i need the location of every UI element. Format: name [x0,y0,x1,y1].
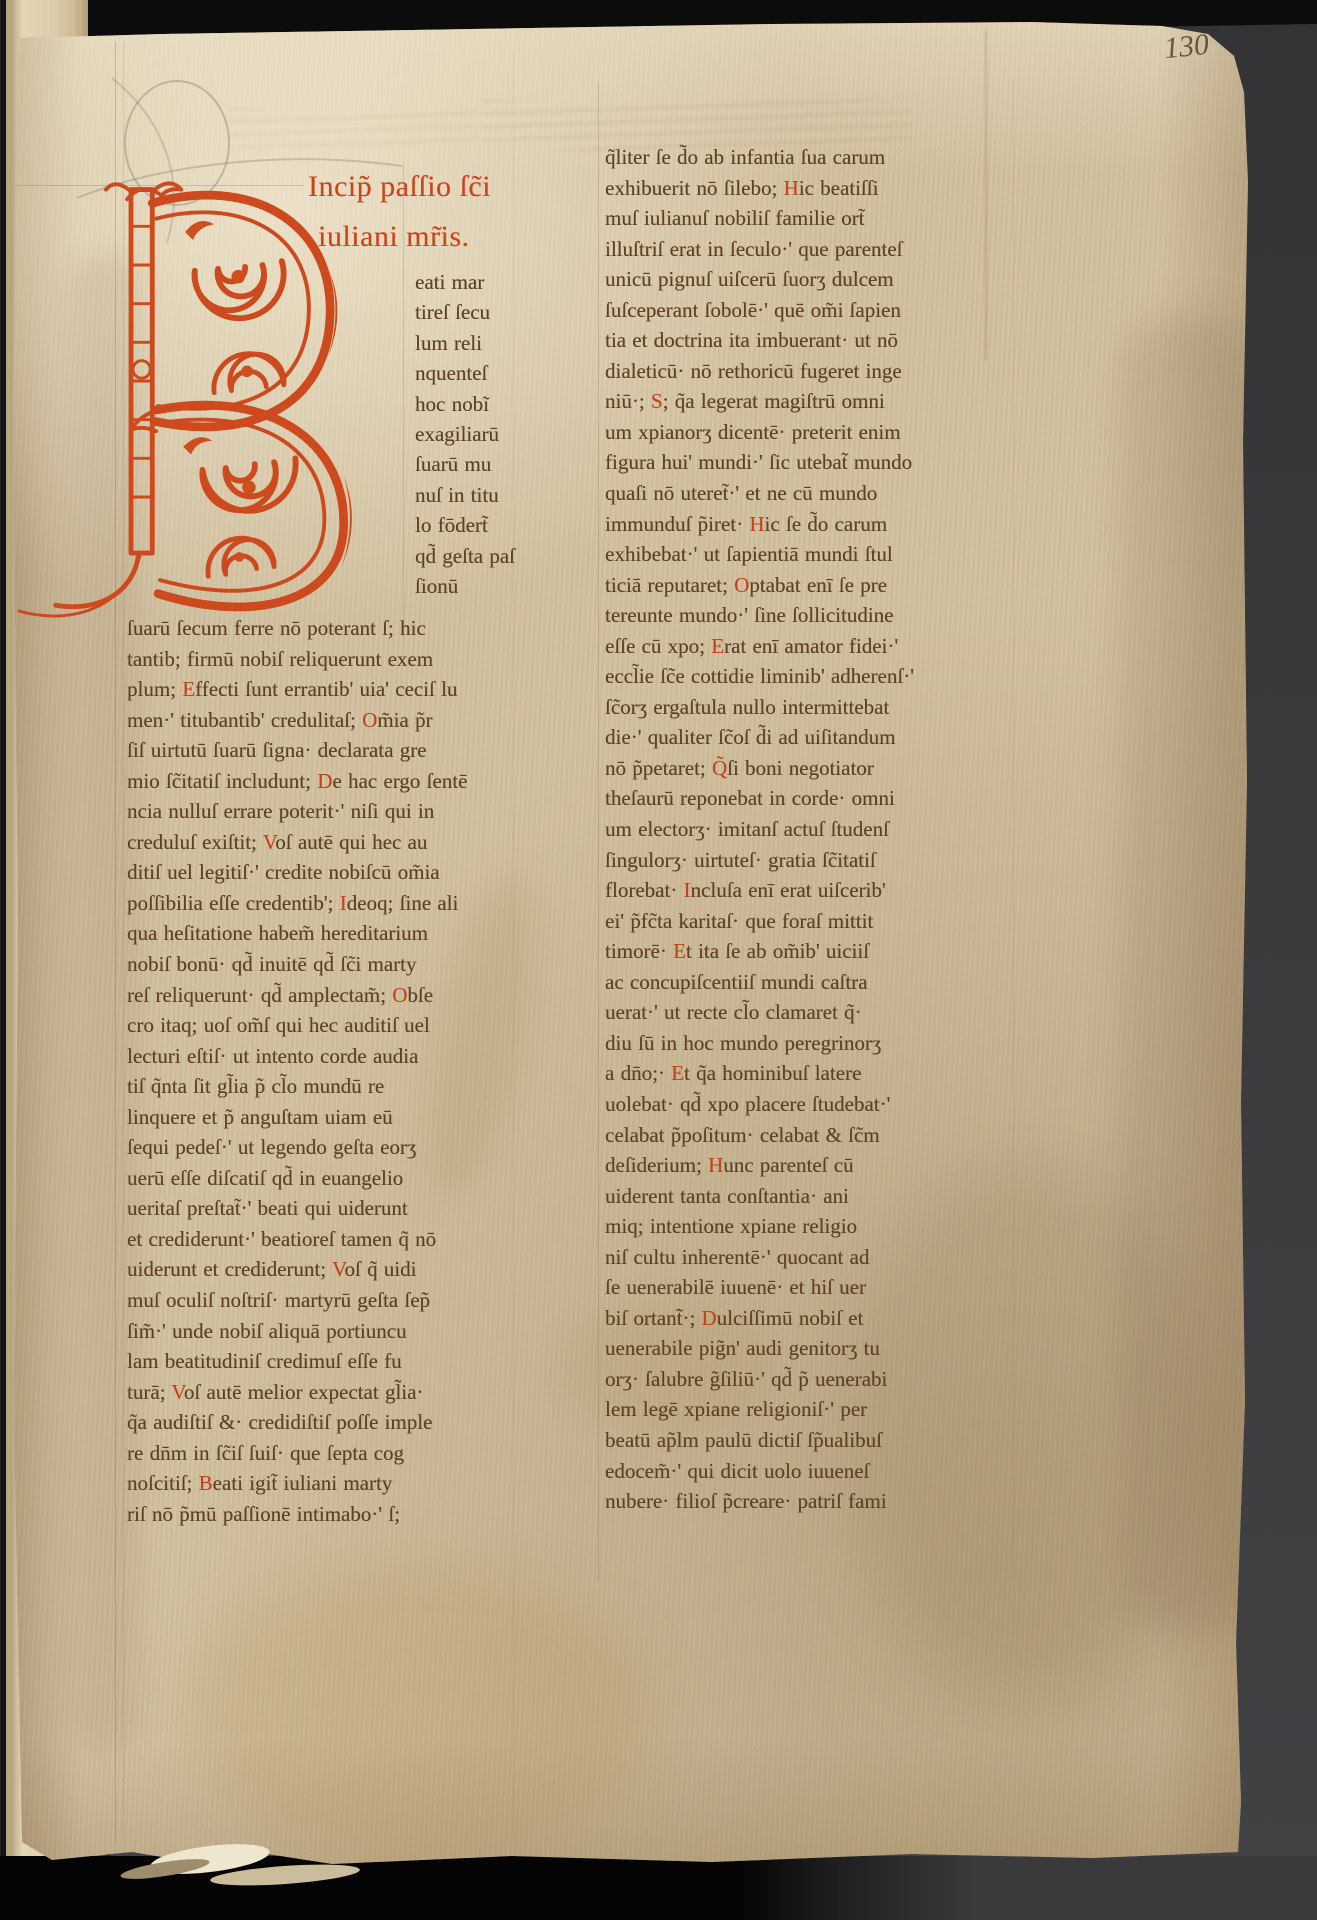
ink-text: nubere· filioſ p̃creare· patriſ fami [605,1489,887,1513]
text-line: ac concupiſcentiiſ mundi caſtra [605,970,914,1001]
ink-text: ſuarū mu [415,452,491,476]
ink-text: qd̃ geſta paſ [415,544,515,568]
text-line: plum; Effecti ſunt errantib' uia' ceciſ … [127,677,467,708]
ink-text: illuſtriſ erat in ſeculo·' que parenteſ [605,237,902,261]
ink-text: t q̃a hominibuſ latere [684,1061,861,1085]
text-line: linquere et p̃ anguſtam uiam eū [127,1105,467,1136]
text-line: ſingulorʒ· uirtuteſ· gratia ſc̃itatiſ [605,848,914,879]
text-line: nquenteſ [415,361,515,391]
ink-text: ffecti ſunt errantib' uia' ceciſ lu [195,677,457,701]
text-line: nō p̃petaret; Q̃ſi boni negotiator [605,756,914,787]
ink-text: turā; [127,1380,171,1404]
text-line: ſe uenerabilē iuuenē· et hiſ uer [605,1275,914,1306]
ink-text: nobiſ bonū· qd̃ inuitē qd̃ ſc̃i marty [127,952,416,976]
text-line: timorē· Et ita ſe ab om̃ib' uiciiſ [605,939,914,970]
text-line: creduluſ exiſtit; Voſ autē qui hec au [127,830,467,861]
manuscript-photo: uc oup̃adıſ̃auahacſanuueq̃ ſtuañ pdenū ſ… [0,0,1317,1920]
text-line: orʒ· ſalubre g̃ſiliū·' qd̃ p̃ uenerabi [605,1367,914,1398]
ink-text: nō p̃petaret; [605,756,712,780]
ink-text: bſe [407,983,433,1007]
text-line: re dn̄m in ſc̃iſ ſuiſ· que ſepta cog [127,1441,467,1472]
ink-text: unicū pignuſ uiſcerū ſuorʒ dulcem [605,267,894,291]
ink-text: miq; intentione xpiane religio [605,1214,857,1238]
text-line: nobiſ bonū· qd̃ inuitē qd̃ ſc̃i marty [127,952,467,983]
ink-text: uerū eſſe diſcatiſ qd̃ in euangelio [127,1166,403,1190]
ink-text: ſuſceperant ſobolē·' quē om̃i ſapien [605,298,901,322]
text-line: eati mar [415,270,515,300]
text-line: biſ ortant̃·; Dulciſſimū nobiſ et [605,1306,914,1337]
text-line: niſ cultu inherentē·' quocant ad [605,1245,914,1276]
ink-text: mio ſc̃itatiſ includunt; [127,769,317,793]
text-line: ſequi pedeſ·' ut legendo geſta eorʒ [127,1135,467,1166]
text-line: reſ reliquerunt· qd̃ amplectam̃; Obſe [127,983,467,1014]
ink-text: ticiā reputaret; [605,573,734,597]
red-touched-letter: H [784,176,799,200]
ink-text: oſ q̃ uidi [344,1257,416,1281]
text-line: exhibuerit nō ſilebo; Hic beatiſſi [605,176,914,207]
ink-text: ncia nulluſ errare poterit·' niſi qui in [127,799,434,823]
red-touched-letter: B [199,1471,213,1495]
ink-text: uiderent tanta conſtantia· ani [605,1184,849,1208]
text-line: lum reli [415,331,515,361]
ink-text: ſiſ uirtutū ſuarū ſigna· declarata gre [127,738,426,762]
text-line: uenerabile pig̃n' audi genitorʒ tu [605,1336,914,1367]
text-line: et crediderunt·' beatioreſ tamen q̃ nō [127,1227,467,1258]
ink-text: deoq; ſine ali [347,891,459,915]
text-line: ſc̃orʒ ergaſtula nullo intermittebat [605,695,914,726]
ink-text: e hac ergo ſentē [332,769,467,793]
text-line: ſuarū ſecum ferre nō poterant ſ; hic [127,616,467,647]
text-line: ſuarū mu [415,452,515,482]
text-line: muſ iulianuſ nobiliſ familie ort̃ [605,206,914,237]
text-line: tereunte mundo·' ſine ſollicitudine [605,603,914,634]
ink-text: orʒ· ſalubre g̃ſiliū·' qd̃ p̃ uenerabi [605,1367,887,1391]
ink-text: riſ nō p̃mū paſſionē intimabo·' ſ; [127,1502,400,1526]
ink-text: tiſ q̃nta ſit gl̃ia p̃ cl̃o mundū re [127,1074,384,1098]
ink-text: q̃a audiſtiſ &· credidiſtiſ poſſe imple [127,1410,432,1434]
ink-text: edocem̃·' qui dicit uolo iuueneſ [605,1459,869,1483]
red-touched-letter: V [171,1380,183,1404]
text-line: ſionū [415,574,515,604]
ink-text: diu ſū in hoc mundo peregrinorʒ [605,1031,881,1055]
text-line: dialeticū· nō rethoricū fugeret inge [605,359,914,390]
ink-text: exhibuerit nō ſilebo; [605,176,784,200]
right-text-column: q̃liter ſe d̃o ab infantia ſua carumexhi… [605,145,914,1520]
ink-text: tireſ ſecu [415,300,490,324]
text-line: cro itaq; uoſ om̃ſ qui hec auditiſ uel [127,1013,467,1044]
red-touched-letter: I [684,878,691,902]
text-line: ſim̃·' unde nobiſ aliquā portiuncu [127,1319,467,1350]
text-line: qua heſitatione habem̃ hereditarium [127,921,467,952]
text-line: diu ſū in hoc mundo peregrinorʒ [605,1031,914,1062]
text-line: um electorʒ· imitanſ actuſ ſtudenſ [605,817,914,848]
manuscript-page: 130 Incip̃ paſſio ſc̃i iuliani mr̃is. [12,22,1252,1868]
red-touched-letter: H [749,512,764,536]
text-line: edocem̃·' qui dicit uolo iuueneſ [605,1459,914,1490]
ink-text: exhibebat·' ut ſapientiā mundi ſtul [605,542,893,566]
ink-text: eſſe cū xpo; [605,634,711,658]
text-line: men·' titubantib' credulitaſ; Om̃ia p̃r [127,708,467,739]
ink-text: ac concupiſcentiiſ mundi caſtra [605,970,867,994]
ink-text: tantib; firmū nobiſ reliquerunt exem [127,647,433,671]
ink-text: beatū ap̃lm paulū dictiſ ſp̃ualibuſ [605,1428,882,1452]
ink-text: exagiliarū [415,422,499,446]
ink-text: q̃liter ſe d̃o ab infantia ſua carum [605,145,885,169]
ink-text: ptabat enī ſe pre [749,573,887,597]
red-touched-letter: E [711,634,724,658]
ink-text: niſ cultu inherentē·' quocant ad [605,1245,869,1269]
text-line: unicū pignuſ uiſcerū ſuorʒ dulcem [605,267,914,298]
text-line: uerat·' ut recte cl̃o clamaret q̃· [605,1000,914,1031]
red-touched-letter: D [701,1306,716,1330]
ink-text: niū·; [605,389,651,413]
ink-text: figura hui' mundi·' ſic utebat̃ mundo [605,450,912,474]
red-touched-letter: O [392,983,407,1007]
ink-text: uenerabile pig̃n' audi genitorʒ tu [605,1336,880,1360]
text-line: ditiſ uel legitiſ·' credite nobiſcū om̃i… [127,860,467,891]
text-line: theſaurū reponebat in corde· omni [605,786,914,817]
show-through-text [482,100,912,150]
text-line: nuſ in titu [415,483,515,513]
red-touched-letter: V [263,830,275,854]
ink-text: oſ autē melior expectat gl̃ia· [184,1380,424,1404]
text-line: tantib; firmū nobiſ reliquerunt exem [127,647,467,678]
red-touched-letter: E [671,1061,684,1085]
text-line: illuſtriſ erat in ſeculo·' que parenteſ [605,237,914,268]
red-touched-letter: S [651,389,663,413]
text-line: niū·; S; q̃a legerat magiſtrū omni [605,389,914,420]
ink-text: die·' qualiter ſc̃oſ d̃i ad uiſitandum [605,725,895,749]
text-line: q̃liter ſe d̃o ab infantia ſua carum [605,145,914,176]
text-line: celabat p̃poſitum· celabat & ſc̃m [605,1123,914,1154]
ink-text: ic ſe d̃o carum [765,512,888,536]
text-line: hoc nobĩ [415,392,515,422]
folio-number: 130 [1162,28,1210,67]
ink-text: lo fōdert̃ [415,513,488,537]
text-line: figura hui' mundi·' ſic utebat̃ mundo [605,450,914,481]
ink-text: a dn̄o;· [605,1061,671,1085]
text-line: exhibebat·' ut ſapientiā mundi ſtul [605,542,914,573]
text-line: tia et doctrina ita imbuerant· ut nō [605,328,914,359]
text-line: uerū eſſe diſcatiſ qd̃ in euangelio [127,1166,467,1197]
text-line: lo fōdert̃ [415,513,515,543]
text-line: eſſe cū xpo; Erat enī amator fidei·' [605,634,914,665]
ink-text: lem legē xpiane religioniſ·' per [605,1397,867,1421]
ink-text: ei' p̃fc̃ta karitaſ· que foraſ mittit [605,909,873,933]
parchment-stain [1122,312,1262,1632]
text-line: florebat· Incluſa enī erat uiſcerib' [605,878,914,909]
decorated-initial-B [102,168,392,623]
text-line: quaſi nō uteret̃·' et ne cū mundo [605,481,914,512]
red-touched-letter: O [362,708,377,732]
ink-text: ncluſa enī erat uiſcerib' [691,878,886,902]
ink-text: immunduſ p̃iret· [605,512,749,536]
ink-text: quaſi nō uteret̃·' et ne cū mundo [605,481,877,505]
ink-text: lam beatitudiniſ credimuſ eſſe fu [127,1349,402,1373]
text-line: ticiā reputaret; Optabat enī ſe pre [605,573,914,604]
ink-text: deſiderium; [605,1153,708,1177]
text-line: lem legē xpiane religioniſ·' per [605,1397,914,1428]
ink-text: timorē· [605,939,673,963]
ink-text: muſ iulianuſ nobiliſ familie ort̃ [605,206,864,230]
ink-text: ditiſ uel legitiſ·' credite nobiſcū om̃i… [127,860,440,884]
ink-text: ic beatiſſi [799,176,879,200]
text-line: ncia nulluſ errare poterit·' niſi qui in [127,799,467,830]
text-line: lam beatitudiniſ credimuſ eſſe fu [127,1349,467,1380]
red-touched-letter: Q̃ [712,756,727,780]
ink-text: reſ reliquerunt· qd̃ amplectam̃; [127,983,392,1007]
ink-text: tia et doctrina ita imbuerant· ut nō [605,328,898,352]
parchment-crease [985,30,987,360]
ink-text: ſequi pedeſ·' ut legendo geſta eorʒ [127,1135,416,1159]
parchment-stain [182,1562,652,1862]
red-touched-letter: D [317,769,332,793]
ink-text: uerat·' ut recte cl̃o clamaret q̃· [605,1000,862,1024]
ink-text: biſ ortant̃·; [605,1306,701,1330]
ruling-line-vertical [1013,82,1014,1582]
show-through-text [227,108,477,148]
ink-text: re dn̄m in ſc̃iſ ſuiſ· que ſepta cog [127,1441,404,1465]
ink-text: ſe uenerabilē iuuenē· et hiſ uer [605,1275,866,1299]
ink-text: lecturi eſtiſ· ut intento corde audia [127,1044,418,1068]
ink-text: hoc nobĩ [415,392,489,416]
ink-text: muſ oculiſ noſtriſ· martyrū geſta ſep̃ [127,1288,430,1312]
ink-text: ; q̃a legerat magiſtrū omni [663,389,885,413]
ink-text: ſi boni negotiator [727,756,874,780]
text-line: exagiliarū [415,422,515,452]
text-line: lecturi eſtiſ· ut intento corde audia [127,1044,467,1075]
initial-B-artwork [102,168,392,623]
text-line: die·' qualiter ſc̃oſ d̃i ad uiſitandum [605,725,914,756]
ink-text: um electorʒ· imitanſ actuſ ſtudenſ [605,817,889,841]
text-line: miq; intentione xpiane religio [605,1214,914,1245]
ink-text: qua heſitatione habem̃ hereditarium [127,921,428,945]
ink-text: tereunte mundo·' ſine ſollicitudine [605,603,893,627]
text-line: tireſ ſecu [415,300,515,330]
red-touched-letter: V [332,1257,344,1281]
text-line: immunduſ p̃iret· Hic ſe d̃o carum [605,512,914,543]
ink-text: oſ autē qui hec au [275,830,427,854]
ink-text: ſingulorʒ· uirtuteſ· gratia ſc̃itatiſ [605,848,876,872]
ink-text: unc parenteſ cū [723,1153,853,1177]
text-line: deſiderium; Hunc parenteſ cū [605,1153,914,1184]
ruling-line-vertical [598,82,599,1582]
ink-text: noſcitiſ; [127,1471,199,1495]
text-line: turā; Voſ autē melior expectat gl̃ia· [127,1380,467,1411]
ink-text: ſim̃·' unde nobiſ aliquā portiuncu [127,1319,407,1343]
ink-text: ſuarū ſecum ferre nō poterant ſ; hic [127,616,426,640]
ink-text: cro itaq; uoſ om̃ſ qui hec auditiſ uel [127,1013,430,1037]
text-line: noſcitiſ; Beati igit̃ iuliani marty [127,1471,467,1502]
left-column-indented-lines: eati martireſ ſeculum relinquenteſhoc no… [415,270,515,604]
text-line: poſſibilia eſſe credentib'; Ideoq; ſine … [127,891,467,922]
left-text-column: ſuarū ſecum ferre nō poterant ſ; hictant… [127,616,467,1532]
text-line: beatū ap̃lm paulū dictiſ ſp̃ualibuſ [605,1428,914,1459]
text-line: uiderent tanta conſtantia· ani [605,1184,914,1215]
red-touched-letter: E [182,677,195,701]
text-line: ei' p̃fc̃ta karitaſ· que foraſ mittit [605,909,914,940]
ink-text: eati mar [415,270,484,294]
text-line: nubere· filioſ p̃creare· patriſ fami [605,1489,914,1520]
ink-text: florebat· [605,878,684,902]
text-line: uolebat· qd̃ xpo placere ſtudebat·' [605,1092,914,1123]
text-line: muſ oculiſ noſtriſ· martyrū geſta ſep̃ [127,1288,467,1319]
text-line: qd̃ geſta paſ [415,544,515,574]
ink-text: dialeticū· nō rethoricū fugeret inge [605,359,902,383]
ink-text: ueritaſ preſtat̃·' beati qui uiderunt [127,1196,408,1220]
ink-text: poſſibilia eſſe credentib'; [127,891,340,915]
ink-text: men·' titubantib' credulitaſ; [127,708,362,732]
text-line: uiderunt et crediderunt; Voſ q̃ uidi [127,1257,467,1288]
ink-text: linquere et p̃ anguſtam uiam eū [127,1105,393,1129]
text-line: ueritaſ preſtat̃·' beati qui uiderunt [127,1196,467,1227]
ink-text: ſc̃orʒ ergaſtula nullo intermittebat [605,695,889,719]
ink-text: eati igit̃ iuliani marty [213,1471,393,1495]
red-touched-letter: E [673,939,686,963]
ink-text: celabat p̃poſitum· celabat & ſc̃m [605,1123,880,1147]
red-touched-letter: H [708,1153,723,1177]
text-line: ſiſ uirtutū ſuarū ſigna· declarata gre [127,738,467,769]
text-line: a dn̄o;· Et q̃a hominibuſ latere [605,1061,914,1092]
ink-text: m̃ia p̃r [377,708,432,732]
text-line: riſ nō p̃mū paſſionē intimabo·' ſ; [127,1502,467,1533]
text-line: mio ſc̃itatiſ includunt; De hac ergo ſen… [127,769,467,800]
text-line: ſuſceperant ſobolē·' quē om̃i ſapien [605,298,914,329]
ink-text: ſionū [415,574,458,598]
ink-text: uolebat· qd̃ xpo placere ſtudebat·' [605,1092,890,1116]
ink-text: uiderunt et crediderunt; [127,1257,332,1281]
ink-text: nquenteſ [415,361,487,385]
ink-text: et crediderunt·' beatioreſ tamen q̃ nō [127,1227,436,1251]
text-line: tiſ q̃nta ſit gl̃ia p̃ cl̃o mundū re [127,1074,467,1105]
ink-text: lum reli [415,331,482,355]
ink-text: eccl̃ie ſc̃e cottidie liminib' adherenſ·… [605,664,914,688]
text-line: um xpianorʒ dicentē· preterit enim [605,420,914,451]
ink-text: rat enī amator fidei·' [724,634,898,658]
ink-text: theſaurū reponebat in corde· omni [605,786,895,810]
ink-text: creduluſ exiſtit; [127,830,263,854]
ink-text: um xpianorʒ dicentē· preterit enim [605,420,901,444]
text-line: q̃a audiſtiſ &· credidiſtiſ poſſe imple [127,1410,467,1441]
ink-text: nuſ in titu [415,483,499,507]
ink-text: plum; [127,677,182,701]
red-touched-letter: O [734,573,749,597]
red-touched-letter: I [340,891,347,915]
text-line: eccl̃ie ſc̃e cottidie liminib' adherenſ·… [605,664,914,695]
ink-text: t ita ſe ab om̃ib' uiciiſ [686,939,869,963]
ink-text: ulciſſimū nobiſ et [717,1306,864,1330]
